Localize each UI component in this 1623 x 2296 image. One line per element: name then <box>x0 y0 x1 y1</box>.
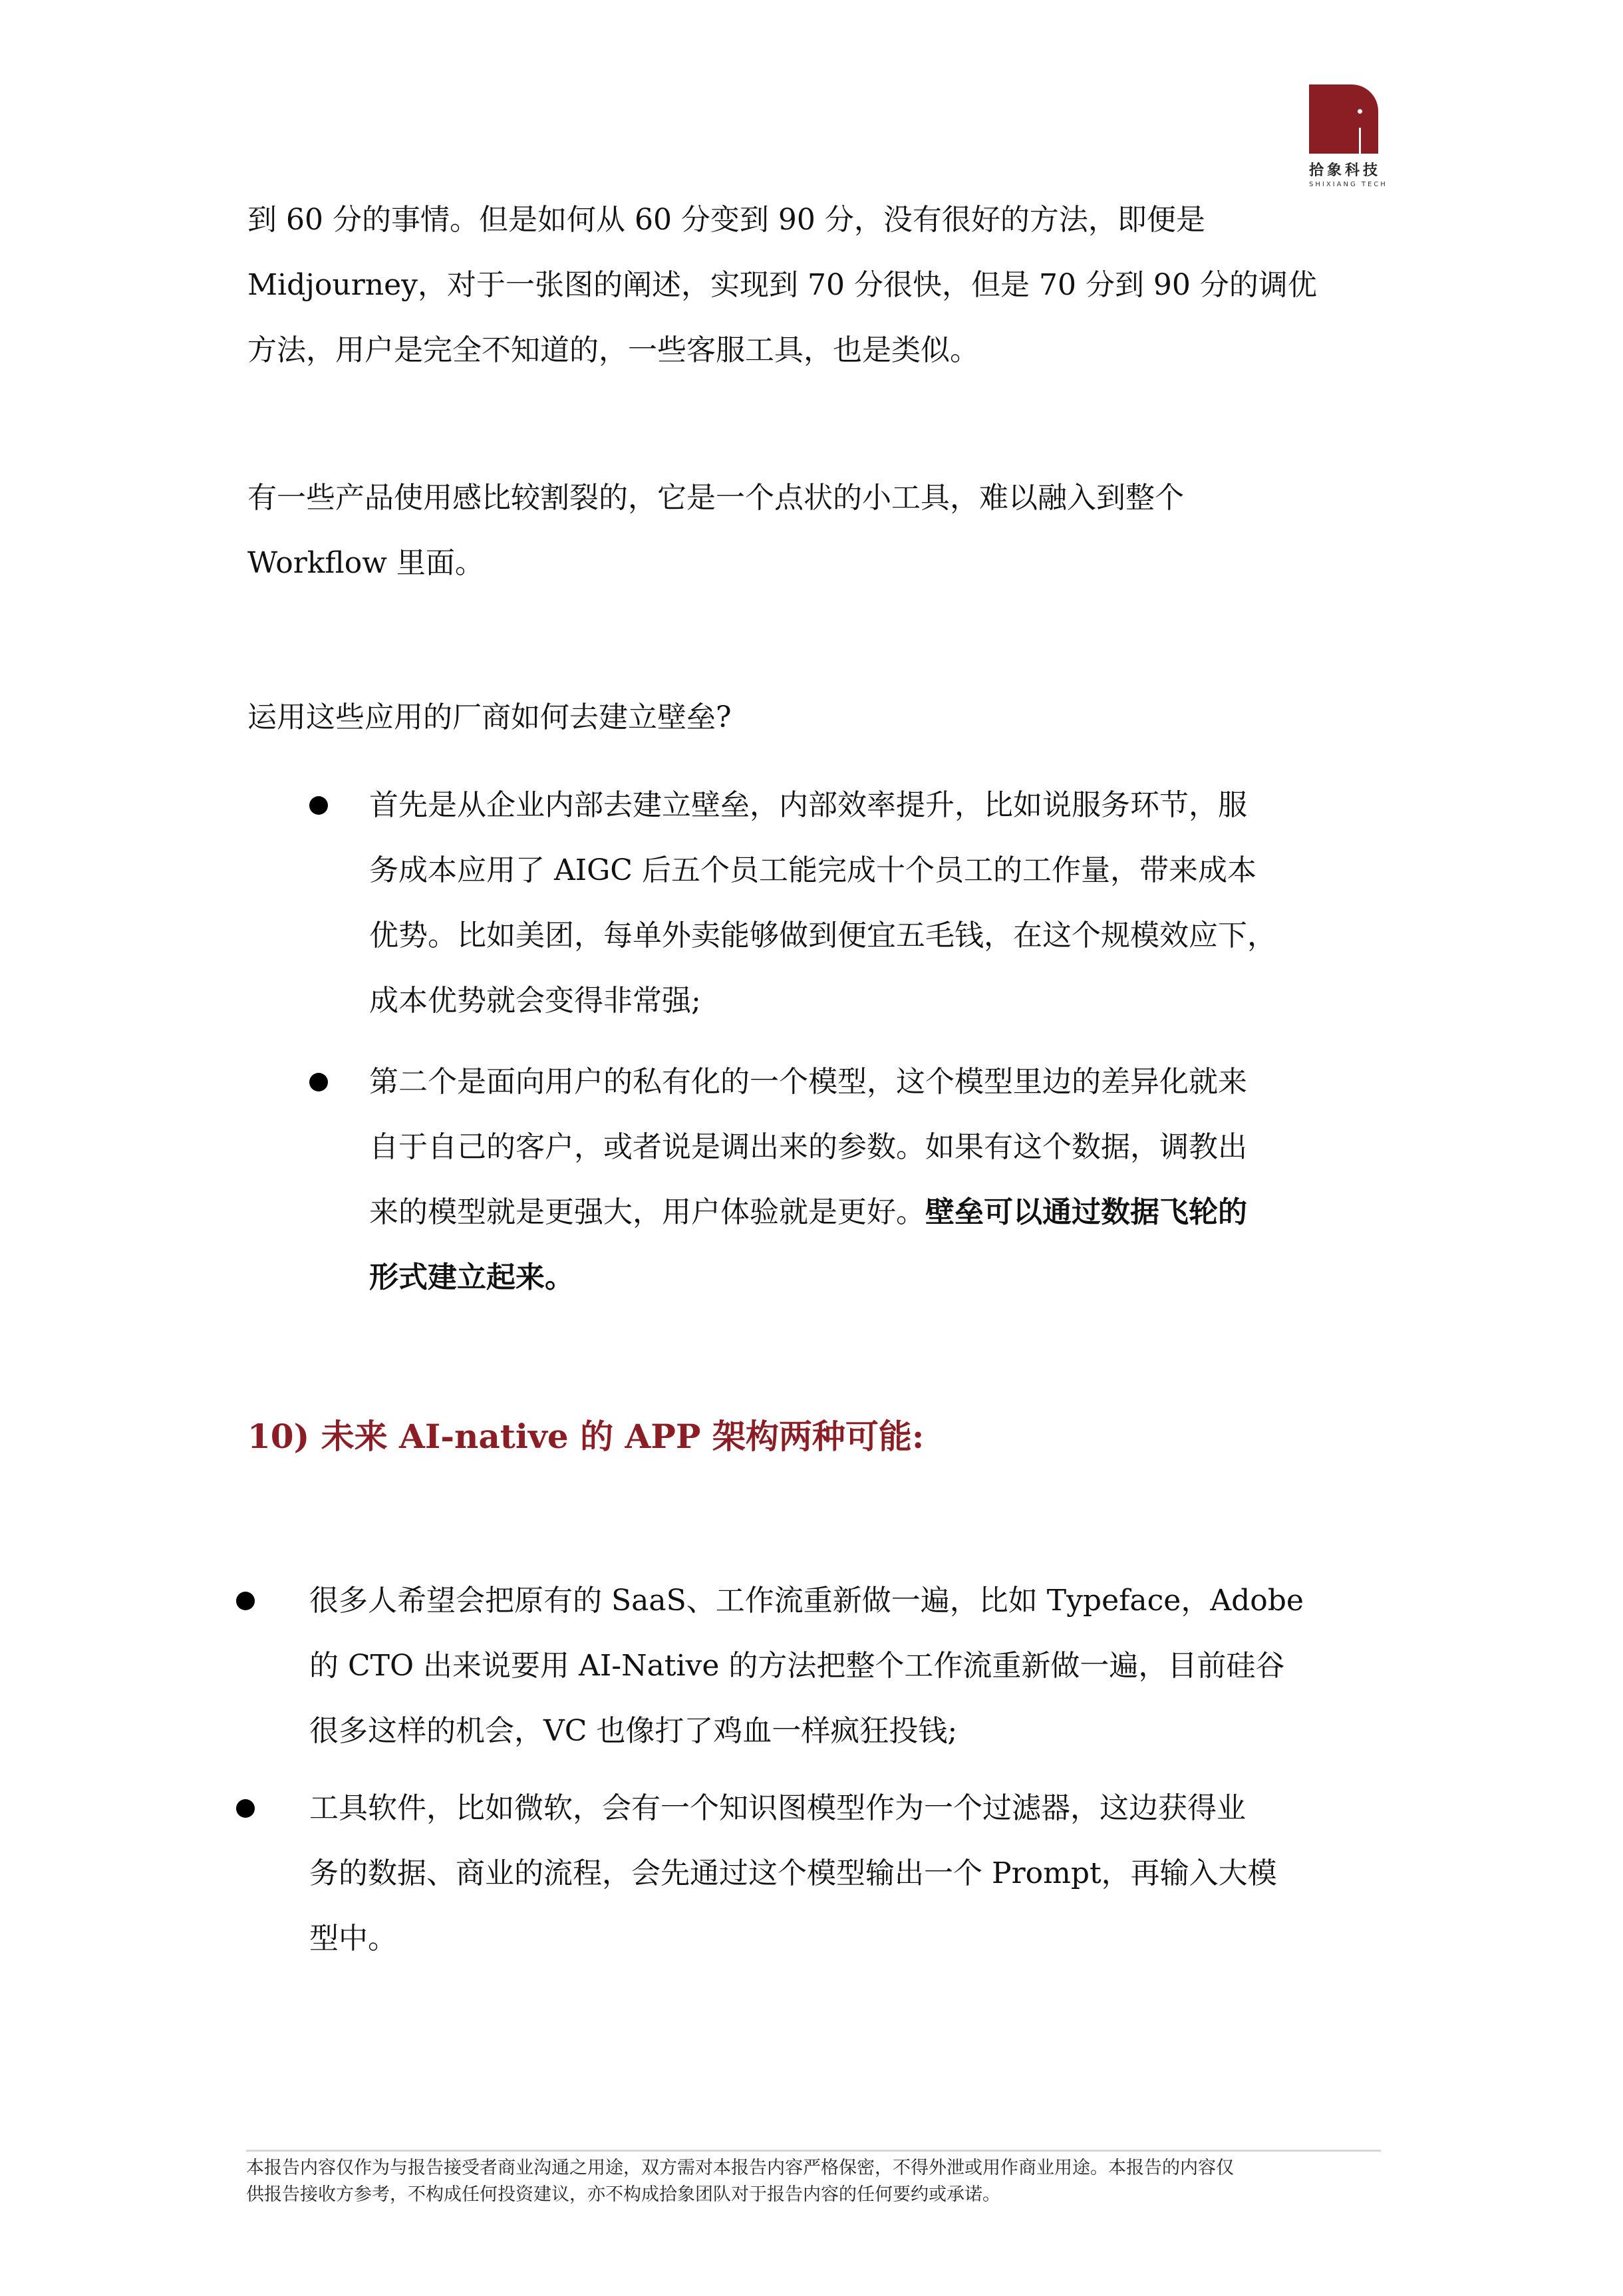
logo-eye <box>1358 109 1362 114</box>
text-line: 运用这些应用的厂商如何去建立壁垒? <box>247 685 1392 750</box>
section-heading: 10) 未来 AI-native 的 APP 架构两种可能: <box>247 1413 924 1460</box>
text-line: 工具软件，比如微软，会有一个知识图模型作为一个过滤器，这边获得业 <box>309 1776 1407 1841</box>
text-line: 务的数据、商业的流程，会先通过这个模型输出一个 Prompt，再输入大模 <box>309 1841 1407 1906</box>
footer-disclaimer: 本报告内容仅作为与报告接受者商业沟通之用途，双方需对本报告内容严格保密，不得外泄… <box>246 2155 1390 2208</box>
bullet-icon <box>236 1592 255 1610</box>
paragraph-moat-question: 运用这些应用的厂商如何去建立壁垒? <box>247 685 1392 750</box>
bullet-item: 第二个是面向用户的私有化的一个模型，这个模型里边的差异化就来 自于自己的客户，或… <box>309 1050 1400 1310</box>
text-bold-emphasis: 壁垒可以通过数据飞轮的 <box>925 1195 1247 1229</box>
text-line: 有一些产品使用感比较割裂的，它是一个点状的小工具，难以融入到整个 <box>247 466 1392 531</box>
text-bold-emphasis: 形式建立起来。 <box>369 1245 1400 1310</box>
text-line: 型中。 <box>309 1906 1407 1971</box>
paragraph-scoring: 到 60 分的事情。但是如何从 60 分变到 90 分，没有很好的方法，即便是 … <box>247 188 1392 383</box>
text-line: 很多这样的机会，VC 也像打了鸡血一样疯狂投钱; <box>309 1699 1407 1764</box>
text-line: 成本优势就会变得非常强; <box>369 968 1400 1034</box>
bullet-icon <box>309 1073 328 1091</box>
bullet-item: 首先是从企业内部去建立壁垒，内部效率提升，比如说服务环节，服 务成本应用了 AI… <box>309 773 1400 1034</box>
logo-trunk <box>1359 128 1361 154</box>
bullet-item: 很多人希望会把原有的 SaaS、工作流重新做一遍，比如 Typeface，Ado… <box>236 1568 1407 1764</box>
text-line: Midjourney，对于一张图的阐述，实现到 70 分很快，但是 70 分到 … <box>247 253 1392 318</box>
text-line: 方法，用户是完全不知道的，一些客服工具，也是类似。 <box>247 318 1392 383</box>
architecture-bullet-list: 很多人希望会把原有的 SaaS、工作流重新做一遍，比如 Typeface，Ado… <box>236 1568 1407 1971</box>
footer-line: 本报告内容仅作为与报告接受者商业沟通之用途，双方需对本报告内容严格保密，不得外泄… <box>246 2155 1390 2182</box>
text-line: Workflow 里面。 <box>247 531 1392 596</box>
text-line: 第二个是面向用户的私有化的一个模型，这个模型里边的差异化就来 <box>369 1050 1400 1115</box>
text-line: 来的模型就是更强大，用户体验就是更好。壁垒可以通过数据飞轮的 <box>369 1180 1400 1245</box>
brand-name-cn: 拾象科技 <box>1309 159 1381 180</box>
bullet-item: 工具软件，比如微软，会有一个知识图模型作为一个过滤器，这边获得业 务的数据、商业… <box>236 1776 1407 1971</box>
bullet-icon <box>309 796 328 815</box>
text-line: 的 CTO 出来说要用 AI-Native 的方法把整个工作流重新做一遍，目前硅… <box>309 1634 1407 1699</box>
text-line: 自于自己的客户，或者说是调出来的参数。如果有这个数据，调教出 <box>369 1115 1400 1180</box>
text-line: 优势。比如美团，每单外卖能够做到便宜五毛钱，在这个规模效应下， <box>369 903 1400 968</box>
text-line: 首先是从企业内部去建立壁垒，内部效率提升，比如说服务环节，服 <box>369 773 1400 838</box>
bullet-icon <box>236 1799 255 1818</box>
moat-bullet-list: 首先是从企业内部去建立壁垒，内部效率提升，比如说服务环节，服 务成本应用了 AI… <box>309 773 1400 1310</box>
elephant-logo-icon <box>1309 84 1378 154</box>
text-line: 务成本应用了 AIGC 后五个员工能完成十个员工的工作量，带来成本 <box>369 838 1400 903</box>
text-normal: 来的模型就是更强大，用户体验就是更好。 <box>369 1195 925 1229</box>
text-line: 很多人希望会把原有的 SaaS、工作流重新做一遍，比如 Typeface，Ado… <box>309 1568 1407 1634</box>
footer-divider <box>246 2150 1381 2152</box>
text-line: 到 60 分的事情。但是如何从 60 分变到 90 分，没有很好的方法，即便是 <box>247 188 1392 253</box>
shixiang-logo: 拾象科技 SHIXIANG TECH <box>1309 84 1381 188</box>
footer-line: 供报告接收方参考，不构成任何投资建议，亦不构成拾象团队对于报告内容的任何要约或承… <box>246 2182 1390 2208</box>
paragraph-fragmented-products: 有一些产品使用感比较割裂的，它是一个点状的小工具，难以融入到整个 Workflo… <box>247 466 1392 596</box>
